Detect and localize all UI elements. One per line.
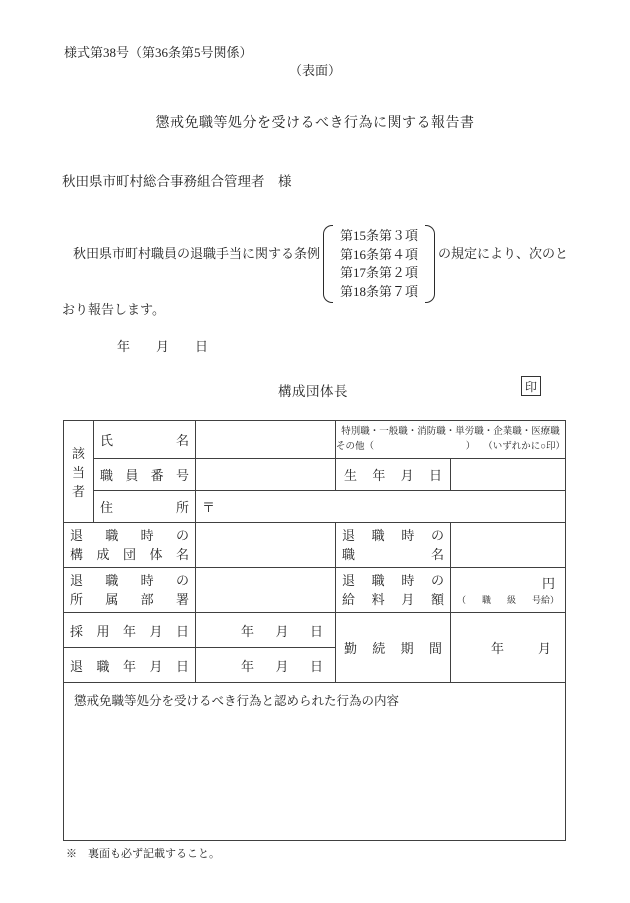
service-period-label: 勤続期間 — [336, 638, 450, 657]
report-continuation-line: おり報告します。 — [62, 299, 165, 318]
hire-date-label-cell: 採用年月日 — [64, 613, 196, 648]
dept-label-cell: 退職時の 所属部署 — [64, 568, 196, 613]
report-form-table: 該 当 者 氏名 特別職・一般職・消防職・単労職・企業職・医療職 その他（ ） … — [63, 420, 566, 841]
ordinance-name: 秋田県市町村職員の退職手当に関する条例 — [73, 243, 320, 262]
hire-date-label: 採用年月日 — [64, 621, 195, 640]
birth-date-label-cell: 生年月日 — [336, 459, 451, 491]
org-name-label: 退職時の 構成団体名 — [64, 526, 195, 564]
service-period-label-cell: 勤続期間 — [336, 613, 451, 683]
name-label: 氏名 — [94, 430, 195, 449]
article-list: 第15条第３項 第16条第４項 第17条第２項 第18条第７項 — [333, 225, 425, 303]
staff-number-label: 職員番号 — [94, 465, 195, 484]
form-number: 様式第38号（第36条第5号関係） — [64, 42, 253, 61]
postal-mark: 〒 — [196, 500, 221, 515]
org-name-value-cell — [196, 523, 336, 568]
circle-instruction: （いずれかに○印） — [483, 440, 565, 455]
article-item: 第16条第４項 — [340, 246, 418, 265]
yen-unit: 円 — [455, 574, 561, 593]
ordinance-suffix: の規定により、次のと — [438, 243, 568, 262]
article-item: 第15条第３項 — [340, 227, 418, 246]
post-label: 退職時の 職名 — [336, 526, 450, 564]
ordinance-clause: 秋田県市町村職員の退職手当に関する条例 第15条第３項 第16条第４項 第17条… — [73, 225, 568, 303]
service-period-value-cell: 年 月 — [451, 613, 566, 683]
org-name-label-cell: 退職時の 構成団体名 — [64, 523, 196, 568]
right-bracket — [425, 225, 435, 303]
name-value-cell — [196, 421, 336, 459]
address-label: 住所 — [94, 497, 195, 516]
article-item: 第18条第７項 — [340, 283, 418, 302]
birth-date-value-cell — [451, 459, 566, 491]
left-bracket — [323, 225, 333, 303]
retire-date-value-cell: 年 月 日 — [196, 648, 336, 683]
misconduct-content-cell: 懲戒免職等処分を受けるべき行為と認められた行為の内容 — [64, 683, 566, 841]
post-label-cell: 退職時の 職名 — [336, 523, 451, 568]
footnote: ※ 裏面も必ず記載すること。 — [66, 845, 220, 861]
side-label: （表面） — [0, 60, 630, 79]
job-category-other-line: その他（ ） （いずれかに○印） — [336, 440, 565, 455]
article-bracket-group: 第15条第３項 第16条第４項 第17条第２項 第18条第７項 — [323, 225, 435, 303]
address-label-cell: 住所 — [94, 491, 196, 523]
dept-value-cell — [196, 568, 336, 613]
post-value-cell — [451, 523, 566, 568]
applicable-person-cell: 該 当 者 — [64, 421, 94, 523]
hire-date-value-cell: 年 月 日 — [196, 613, 336, 648]
misconduct-content-label: 懲戒免職等処分を受けるべき行為と認められた行為の内容 — [64, 683, 565, 717]
salary-value-cell: 円 （ 職 級 号給） — [451, 568, 566, 613]
other-close: ） — [466, 440, 476, 455]
addressee-line: 秋田県市町村総合事務組合管理者 様 — [62, 170, 292, 190]
salary-label-cell: 退職時の 給料月額 — [336, 568, 451, 613]
service-period-units: 年 月 — [451, 638, 565, 657]
signer-title: 構成団体長 — [278, 380, 348, 400]
staff-number-value-cell — [196, 459, 336, 491]
dept-label: 退職時の 所属部署 — [64, 571, 195, 609]
retire-date-label-cell: 退職年月日 — [64, 648, 196, 683]
page-title: 懲戒免職等処分を受けるべき行為に関する報告書 — [0, 112, 630, 132]
document-page: 様式第38号（第36条第5号関係） （表面） 懲戒免職等処分を受けるべき行為に関… — [0, 0, 630, 903]
applicable-person-label: 該 当 者 — [64, 439, 93, 504]
job-category-cell: 特別職・一般職・消防職・単労職・企業職・医療職 その他（ ） （いずれかに○印） — [336, 421, 566, 459]
grade-step-line: （ 職 級 号給） — [455, 593, 561, 607]
name-label-cell: 氏名 — [94, 421, 196, 459]
birth-date-label: 生年月日 — [336, 465, 450, 484]
retire-date-units: 年 月 日 — [196, 656, 335, 675]
seal-mark: 印 — [521, 376, 541, 396]
staff-number-label-cell: 職員番号 — [94, 459, 196, 491]
date-line: 年 月 日 — [117, 336, 208, 355]
salary-value-area: 円 （ 職 級 号給） — [451, 572, 565, 609]
address-value-cell: 〒 — [196, 491, 566, 523]
retire-date-label: 退職年月日 — [64, 656, 195, 675]
job-category-options: 特別職・一般職・消防職・単労職・企業職・医療職 — [336, 425, 565, 440]
hire-date-units: 年 月 日 — [196, 621, 335, 640]
other-open: その他（ — [336, 440, 374, 455]
article-item: 第17条第２項 — [340, 264, 418, 283]
salary-label: 退職時の 給料月額 — [336, 571, 450, 609]
